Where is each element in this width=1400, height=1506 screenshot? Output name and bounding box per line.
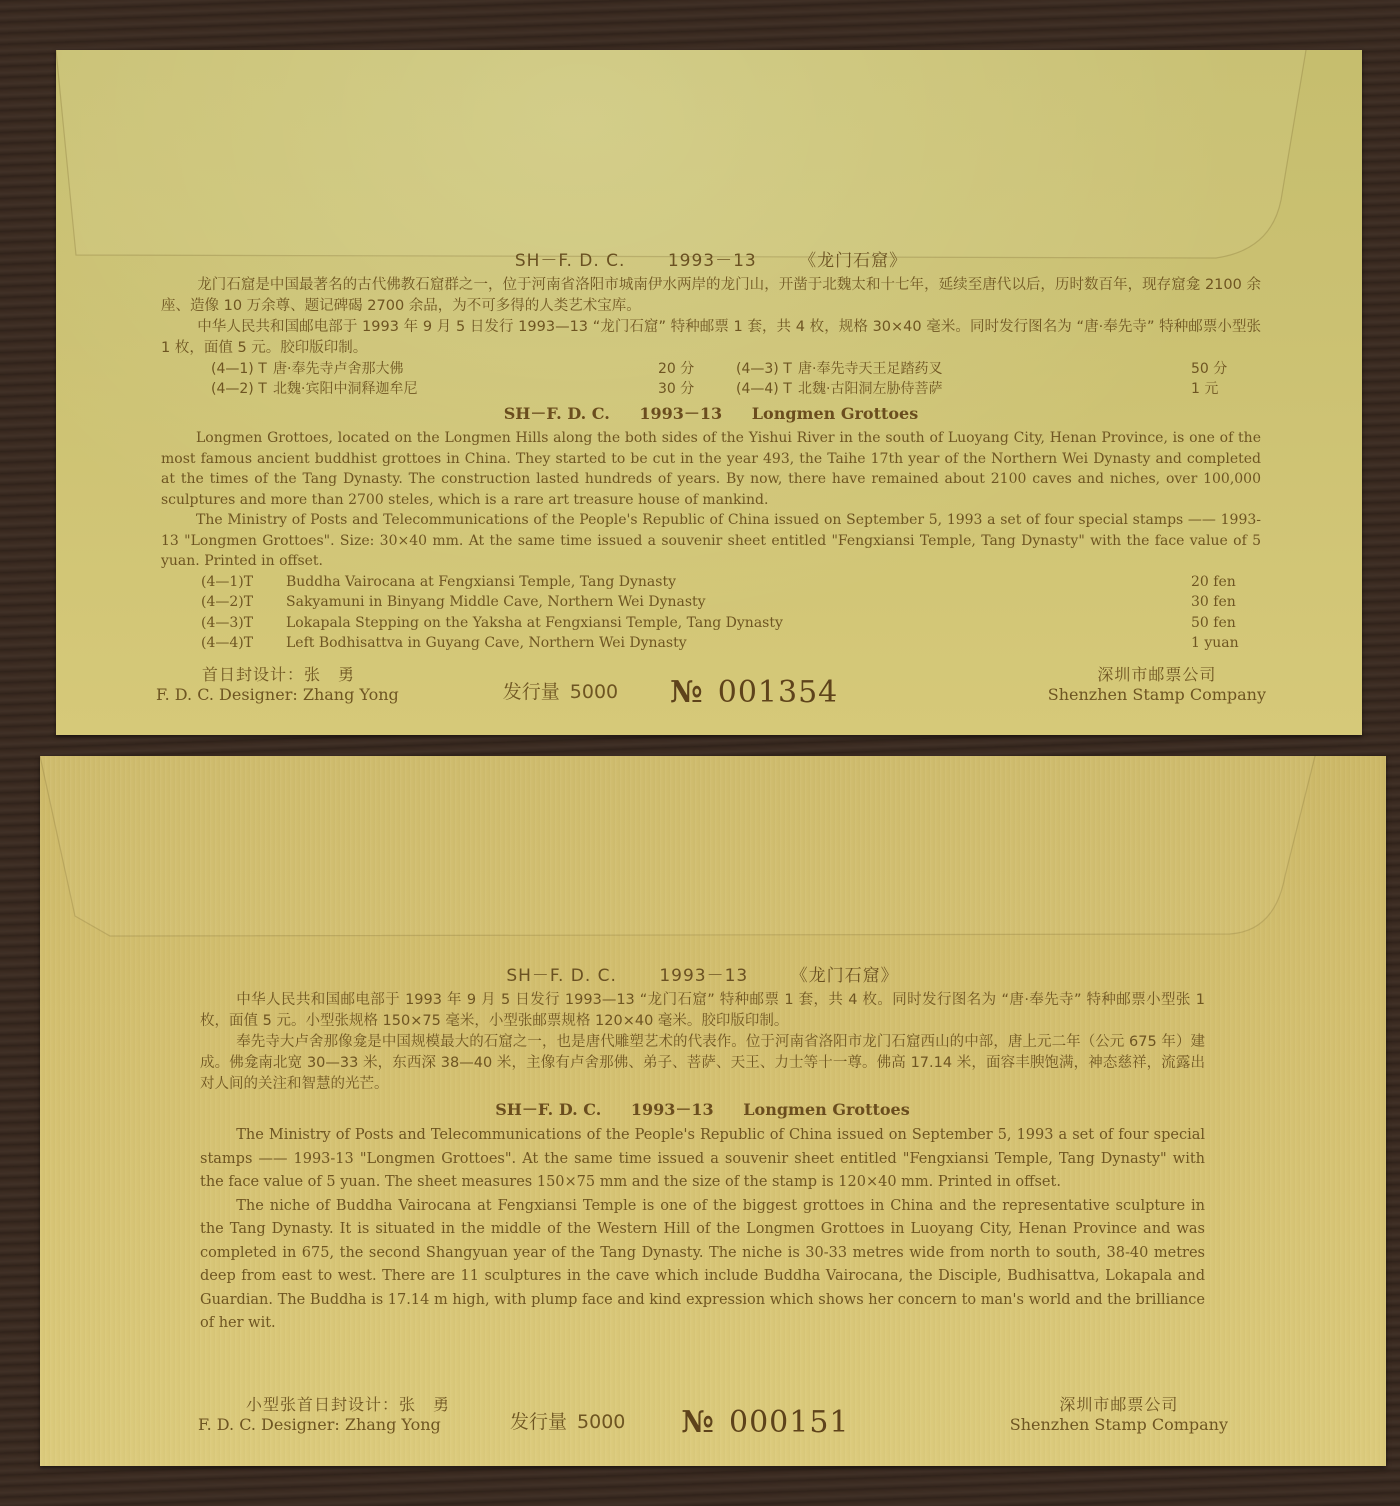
- chinese-paragraph: 奉先寺大卢舍那像龛是中国规模最大的石窟之一，也是唐代雕塑艺术的代表作。位于河南省…: [200, 1032, 1205, 1095]
- stamp-code: (4—3)T: [201, 613, 286, 634]
- stamp-value: 20 分: [658, 359, 718, 379]
- english-paragraph: The Ministry of Posts and Telecommunicat…: [200, 1124, 1205, 1195]
- stamp-value: 30 分: [658, 379, 718, 399]
- issue-number: 1993－13: [639, 404, 722, 423]
- publisher: 深圳市邮票公司 Shenzhen Stamp Company: [1048, 662, 1266, 704]
- print-quantity: 发行量5000: [503, 677, 618, 704]
- stamp-name: Left Bodhisattva in Guyang Cave, Norther…: [286, 633, 1191, 654]
- stamp-name: Lokapala Stepping on the Yaksha at Fengx…: [286, 613, 1191, 634]
- stamp-name: 北魏·宾阳中洞释迦牟尼: [273, 379, 658, 399]
- issue-title: Longmen Grottoes: [743, 1100, 909, 1119]
- designer-cn: 小型张首日封设计：张 勇: [246, 1392, 450, 1415]
- stamp-code: (4—2)T: [201, 592, 286, 613]
- fdc-code: SH－F. D. C.: [506, 966, 617, 986]
- stamp-value: 50 分: [1191, 359, 1261, 379]
- stamp-name: Sakyamuni in Binyang Middle Cave, Northe…: [286, 592, 1191, 613]
- issue-number: 1993－13: [631, 1100, 714, 1119]
- numero-sign: №: [670, 675, 704, 710]
- designer-credit: 首日封设计：张 勇 F. D. C. Designer: Zhang Yong: [156, 662, 399, 704]
- chinese-title: SH－F. D. C. 1993－13 《龙门石窟》: [161, 246, 1261, 271]
- cover-footer: 小型张首日封设计：张 勇 F. D. C. Designer: Zhang Yo…: [198, 1392, 1228, 1434]
- stamp-code: (4—2) T: [211, 379, 273, 399]
- english-paragraph: The Ministry of Posts and Telecommunicat…: [161, 510, 1261, 572]
- cover-footer: 首日封设计：张 勇 F. D. C. Designer: Zhang Yong …: [156, 662, 1266, 704]
- english-stamp-list: (4—1)T Buddha Vairocana at Fengxiansi Te…: [201, 572, 1261, 654]
- stamp-row: (4—3)T Lokapala Stepping on the Yaksha a…: [201, 613, 1261, 634]
- stamp-code: (4—4) T: [736, 379, 798, 399]
- publisher-cn: 深圳市邮票公司: [1059, 1392, 1178, 1415]
- serial-number: №000151: [681, 1405, 849, 1440]
- stamp-code: (4—1)T: [201, 572, 286, 593]
- designer-en: F. D. C. Designer: Zhang Yong: [156, 685, 399, 704]
- stamp-row: (4—2)T Sakyamuni in Binyang Middle Cave,…: [201, 592, 1261, 613]
- quantity-value: 5000: [570, 681, 618, 703]
- cover-text-block: SH－F. D. C. 1993－13 《龙门石窟》 龙门石窟是中国最著名的古代…: [161, 246, 1261, 654]
- fdc-code: SH－F. D. C.: [504, 404, 610, 423]
- issue-title: 《龙门石窟》: [791, 966, 899, 986]
- chinese-paragraph: 龙门石窟是中国最著名的古代佛教石窟群之一，位于河南省洛阳市城南伊水两岸的龙门山，…: [161, 275, 1261, 317]
- publisher-cn: 深圳市邮票公司: [1097, 662, 1216, 685]
- stamp-name: 北魏·古阳洞左胁侍菩萨: [798, 379, 1183, 399]
- stamp-name: 唐·奉先寺卢舍那大佛: [273, 359, 658, 379]
- serial-number: №001354: [670, 675, 838, 710]
- stamp-code: (4—1) T: [211, 359, 273, 379]
- stamp-value: 1 yuan: [1191, 633, 1261, 654]
- publisher: 深圳市邮票公司 Shenzhen Stamp Company: [1010, 1392, 1228, 1434]
- stamp-row: (4—2) T 北魏·宾阳中洞释迦牟尼 30 分 (4—4) T 北魏·古阳洞左…: [211, 379, 1261, 399]
- stamp-name: Buddha Vairocana at Fengxiansi Temple, T…: [286, 572, 1191, 593]
- stamp-row: (4—1)T Buddha Vairocana at Fengxiansi Te…: [201, 572, 1261, 593]
- quantity-value: 5000: [577, 1411, 625, 1433]
- english-paragraph: The niche of Buddha Vairocana at Fengxia…: [200, 1195, 1205, 1336]
- chinese-paragraph: 中华人民共和国邮电部于 1993 年 9 月 5 日发行 1993—13 “龙门…: [161, 317, 1261, 359]
- publisher-en: Shenzhen Stamp Company: [1010, 1415, 1228, 1434]
- quantity-label: 发行量: [503, 681, 560, 703]
- print-quantity: 发行量5000: [510, 1407, 625, 1434]
- issue-title: 《龙门石窟》: [799, 251, 907, 271]
- chinese-stamp-list: (4—1) T 唐·奉先寺卢舍那大佛 20 分 (4—3) T 唐·奉先寺天王足…: [211, 359, 1261, 399]
- cover-text-block: SH－F. D. C. 1993－13 《龙门石窟》 中华人民共和国邮电部于 1…: [200, 961, 1205, 1336]
- designer-credit: 小型张首日封设计：张 勇 F. D. C. Designer: Zhang Yo…: [198, 1392, 450, 1434]
- fdc-code: SH－F. D. C.: [495, 1100, 601, 1119]
- issue-number: 1993－13: [659, 966, 748, 986]
- english-title: SH－F. D. C. 1993－13 Longmen Grottoes: [161, 401, 1261, 424]
- envelope-first-day-cover-2: SH－F. D. C. 1993－13 《龙门石窟》 中华人民共和国邮电部于 1…: [40, 756, 1386, 1466]
- designer-cn: 首日封设计：张 勇: [202, 662, 399, 685]
- stamp-value: 50 fen: [1191, 613, 1261, 634]
- english-paragraph: Longmen Grottoes, located on the Longmen…: [161, 428, 1261, 510]
- issue-number: 1993－13: [668, 251, 757, 271]
- chinese-title: SH－F. D. C. 1993－13 《龙门石窟》: [200, 961, 1205, 986]
- numero-sign: №: [681, 1405, 715, 1440]
- stamp-code: (4—3) T: [736, 359, 798, 379]
- stamp-value: 30 fen: [1191, 592, 1261, 613]
- english-title: SH－F. D. C. 1993－13 Longmen Grottoes: [200, 1097, 1205, 1120]
- stamp-value: 20 fen: [1191, 572, 1261, 593]
- stamp-row: (4—4)T Left Bodhisattva in Guyang Cave, …: [201, 633, 1261, 654]
- issue-title: Longmen Grottoes: [752, 404, 918, 423]
- serial-value: 000151: [729, 1405, 850, 1440]
- fdc-code: SH－F. D. C.: [515, 251, 626, 271]
- stamp-value: 1 元: [1191, 379, 1261, 399]
- serial-value: 001354: [718, 675, 839, 710]
- designer-en: F. D. C. Designer: Zhang Yong: [198, 1415, 450, 1434]
- publisher-en: Shenzhen Stamp Company: [1048, 685, 1266, 704]
- stamp-row: (4—1) T 唐·奉先寺卢舍那大佛 20 分 (4—3) T 唐·奉先寺天王足…: [211, 359, 1261, 379]
- stamp-code: (4—4)T: [201, 633, 286, 654]
- envelope-first-day-cover-1: SH－F. D. C. 1993－13 《龙门石窟》 龙门石窟是中国最著名的古代…: [56, 50, 1362, 735]
- chinese-paragraph: 中华人民共和国邮电部于 1993 年 9 月 5 日发行 1993—13 “龙门…: [200, 990, 1205, 1032]
- quantity-label: 发行量: [510, 1411, 567, 1433]
- stamp-name: 唐·奉先寺天王足踏药叉: [798, 359, 1183, 379]
